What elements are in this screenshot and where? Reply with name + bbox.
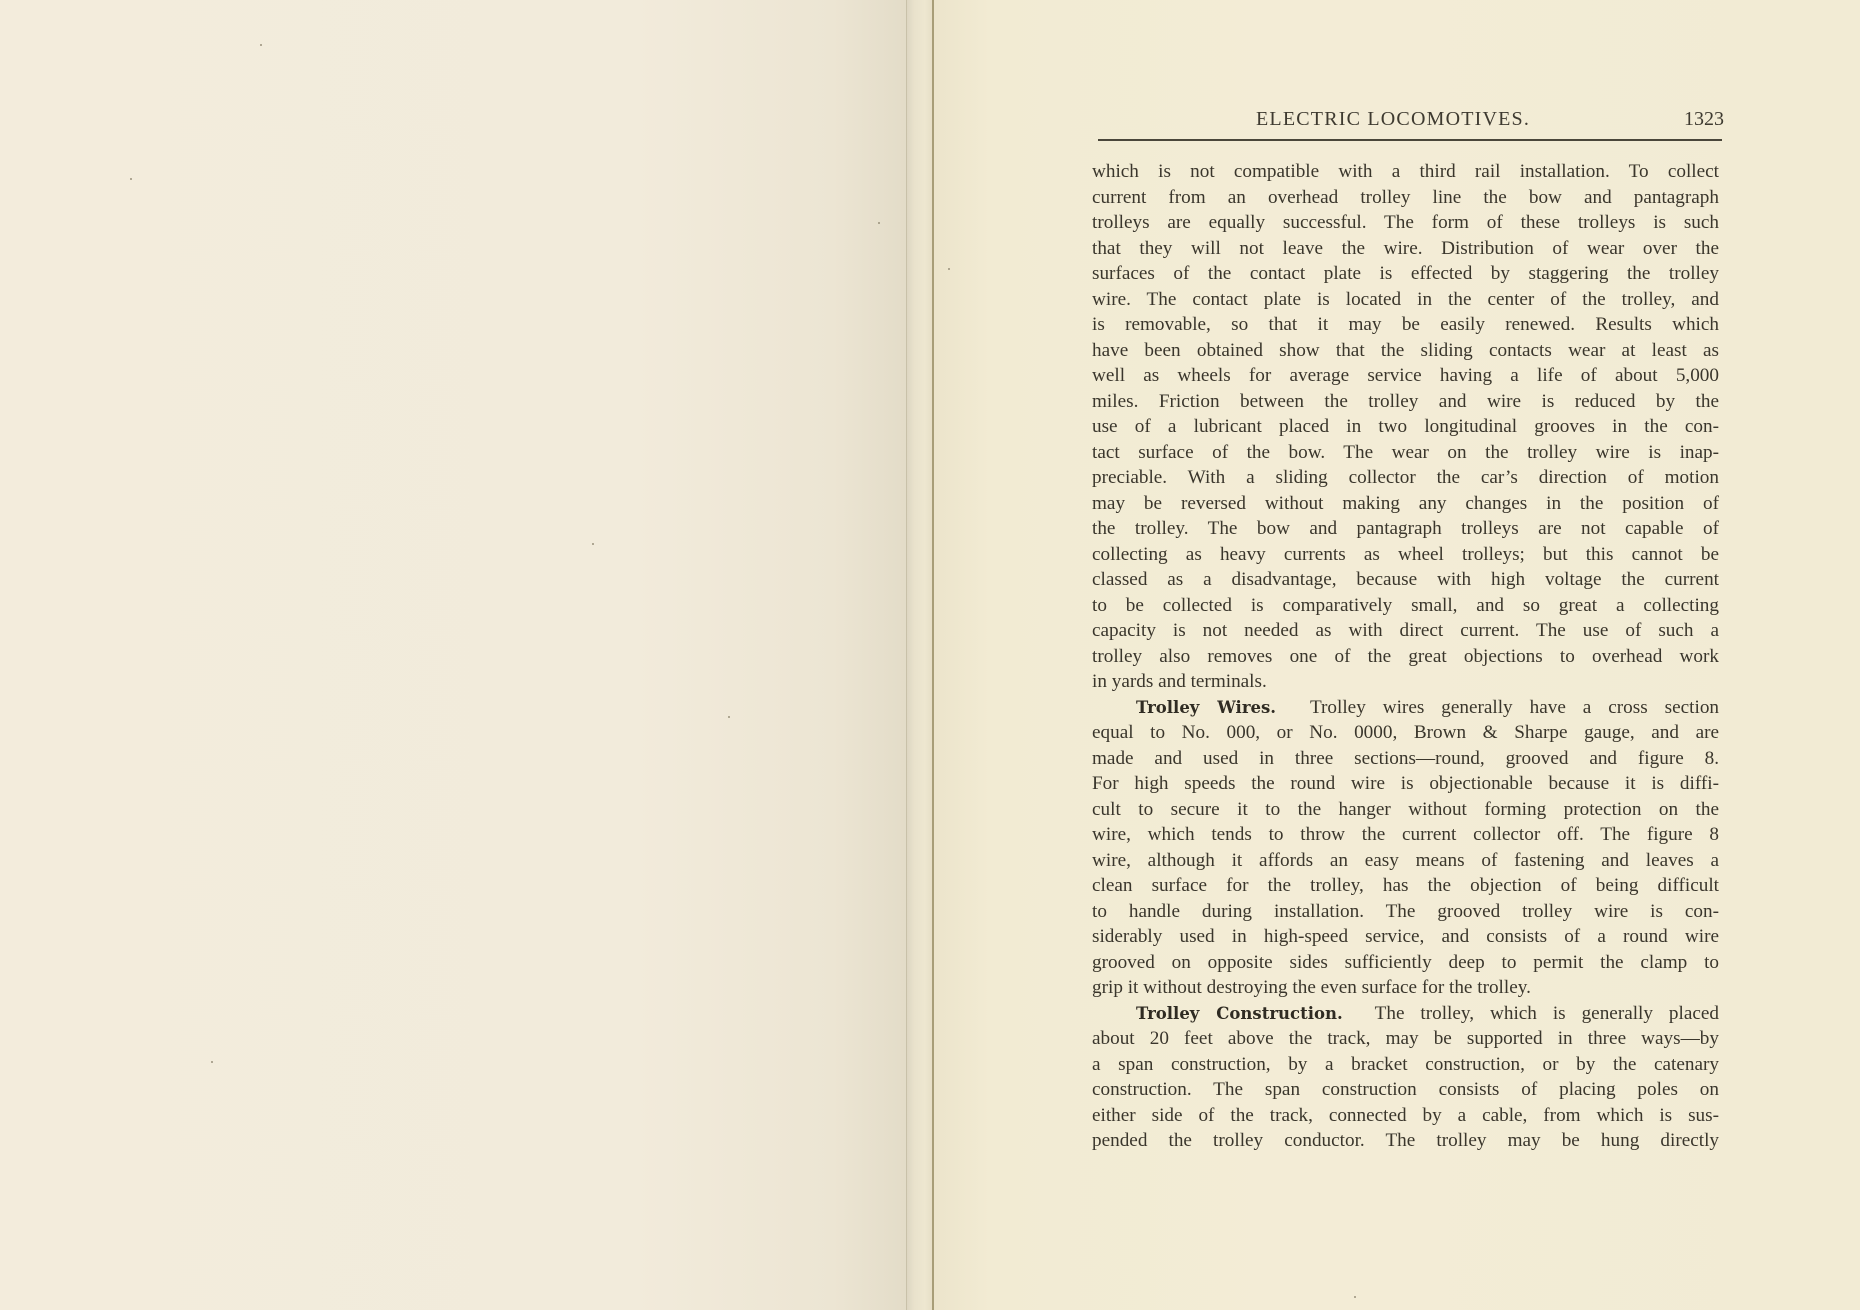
text-line: the trolley. The bow and pantagraph trol… — [1092, 516, 1719, 542]
paragraph-trolley-wires: Trolley Wires. Trolley wires generally h… — [1092, 695, 1719, 1001]
text-line: to handle during installation. The groov… — [1092, 899, 1719, 925]
text-line: classed as a disadvantage, because with … — [1092, 567, 1719, 593]
text-line: may be reversed without making any chang… — [1092, 491, 1719, 517]
text-line: grooved on opposite sides sufficiently d… — [1092, 950, 1719, 976]
text-line: well as wheels for average service havin… — [1092, 363, 1719, 389]
paper-speck — [592, 543, 594, 545]
text-line: trolley also removes one of the great ob… — [1092, 644, 1719, 670]
paper-speck — [1354, 1296, 1356, 1298]
section-heading-trolley-wires: Trolley Wires. — [1136, 698, 1276, 717]
page-number: 1323 — [1684, 108, 1724, 131]
text-line: preciable. With a sliding collector the … — [1092, 465, 1719, 491]
text-line: either side of the track, connected by a… — [1092, 1103, 1719, 1129]
text-line-with-heading: Trolley Construction. The trolley, which… — [1092, 1001, 1719, 1027]
header-rule — [1098, 139, 1722, 141]
text-line: miles. Friction between the trolley and … — [1092, 389, 1719, 415]
section-heading-trolley-construction: Trolley Construction. — [1136, 1004, 1343, 1023]
paper-speck — [728, 716, 730, 718]
paper-speck — [878, 222, 880, 224]
text-line: cult to secure it to the hanger without … — [1092, 797, 1719, 823]
text-line: wire, although it affords an easy means … — [1092, 848, 1719, 874]
paper-speck — [211, 1061, 213, 1063]
left-page-blank — [0, 0, 906, 1310]
text-line: tact surface of the bow. The wear on the… — [1092, 440, 1719, 466]
text-line: grip it without destroying the even surf… — [1092, 975, 1719, 1001]
paper-speck — [948, 268, 950, 270]
text-line: have been obtained show that the sliding… — [1092, 338, 1719, 364]
running-title: ELECTRIC LOCOMOTIVES. — [1256, 108, 1530, 131]
text-line: current from an overhead trolley line th… — [1092, 185, 1719, 211]
text-line: clean surface for the trolley, has the o… — [1092, 873, 1719, 899]
text-line: collecting as heavy currents as wheel tr… — [1092, 542, 1719, 568]
text-line: wire, which tends to throw the current c… — [1092, 822, 1719, 848]
text-line: is removable, so that it may be easily r… — [1092, 312, 1719, 338]
text-line: trolleys are equally successful. The for… — [1092, 210, 1719, 236]
paragraph-trolley-construction: Trolley Construction. The trolley, which… — [1092, 1001, 1719, 1154]
text-line: use of a lubricant placed in two longitu… — [1092, 414, 1719, 440]
text-line: siderably used in high-speed service, an… — [1092, 924, 1719, 950]
text-line: capacity is not needed as with direct cu… — [1092, 618, 1719, 644]
text-line: wire. The contact plate is located in th… — [1092, 287, 1719, 313]
text-line: in yards and terminals. — [1092, 669, 1719, 695]
text-line: about 20 feet above the track, may be su… — [1092, 1026, 1719, 1052]
text-line: pended the trolley conductor. The trolle… — [1092, 1128, 1719, 1154]
running-head: ELECTRIC LOCOMOTIVES. 1323 — [1100, 104, 1724, 134]
text-line: a span construction, by a bracket constr… — [1092, 1052, 1719, 1078]
text-line: For high speeds the round wire is object… — [1092, 771, 1719, 797]
text-line: construction. The span construction cons… — [1092, 1077, 1719, 1103]
paragraph-continuation: which is not compatible with a third rai… — [1092, 159, 1719, 695]
paper-speck — [260, 44, 262, 46]
body-text: which is not compatible with a third rai… — [1092, 159, 1719, 1154]
text-line: to be collected is comparatively small, … — [1092, 593, 1719, 619]
book-spread: ELECTRIC LOCOMOTIVES. 1323 which is not … — [0, 0, 1860, 1310]
text-line: surfaces of the contact plate is effecte… — [1092, 261, 1719, 287]
paper-speck — [130, 178, 132, 180]
text-line: made and used in three sections—round, g… — [1092, 746, 1719, 772]
text-line: equal to No. 000, or No. 0000, Brown & S… — [1092, 720, 1719, 746]
text-line-with-heading: Trolley Wires. Trolley wires generally h… — [1092, 695, 1719, 721]
text-line: that they will not leave the wire. Distr… — [1092, 236, 1719, 262]
text-line: which is not compatible with a third rai… — [1092, 159, 1719, 185]
text-fragment: The trolley, which is generally placed — [1375, 1003, 1719, 1024]
text-fragment: Trolley wires generally have a cross sec… — [1310, 697, 1719, 718]
